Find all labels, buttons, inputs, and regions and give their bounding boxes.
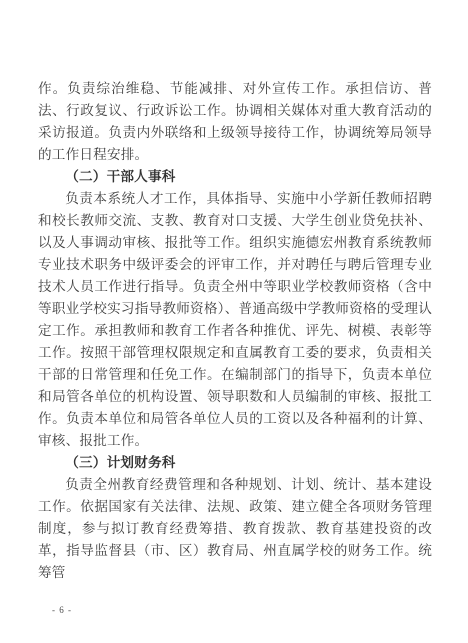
page-number: - 6 - [52, 604, 72, 616]
paragraph-cadre-personnel-duties: 负责本系统人才工作，具体指导、实施中小学新任教师招聘和校长教师交流、支教、教育对… [38, 188, 432, 452]
document-page: { "page": { "number_label": "- 6 -" }, "… [0, 0, 468, 643]
paragraph-planning-finance-duties: 负责全州教育经费管理和各种规划、计划、统计、基本建设工作。依据国家有关法律、法规… [38, 474, 432, 584]
page-canvas: 作。负责综治维稳、节能减排、对外宣传工作。承担信访、普法、行政复议、行政诉讼工作… [0, 0, 468, 643]
paragraph-continued-from-previous-page: 作。负责综治维稳、节能减排、对外宣传工作。承担信访、普法、行政复议、行政诉讼工作… [38, 78, 432, 166]
section-heading-planning-finance: （三）计划财务科 [38, 452, 432, 474]
section-heading-cadre-personnel: （二）干部人事科 [38, 166, 432, 188]
document-body: 作。负责综治维稳、节能减排、对外宣传工作。承担信访、普法、行政复议、行政诉讼工作… [38, 78, 432, 584]
